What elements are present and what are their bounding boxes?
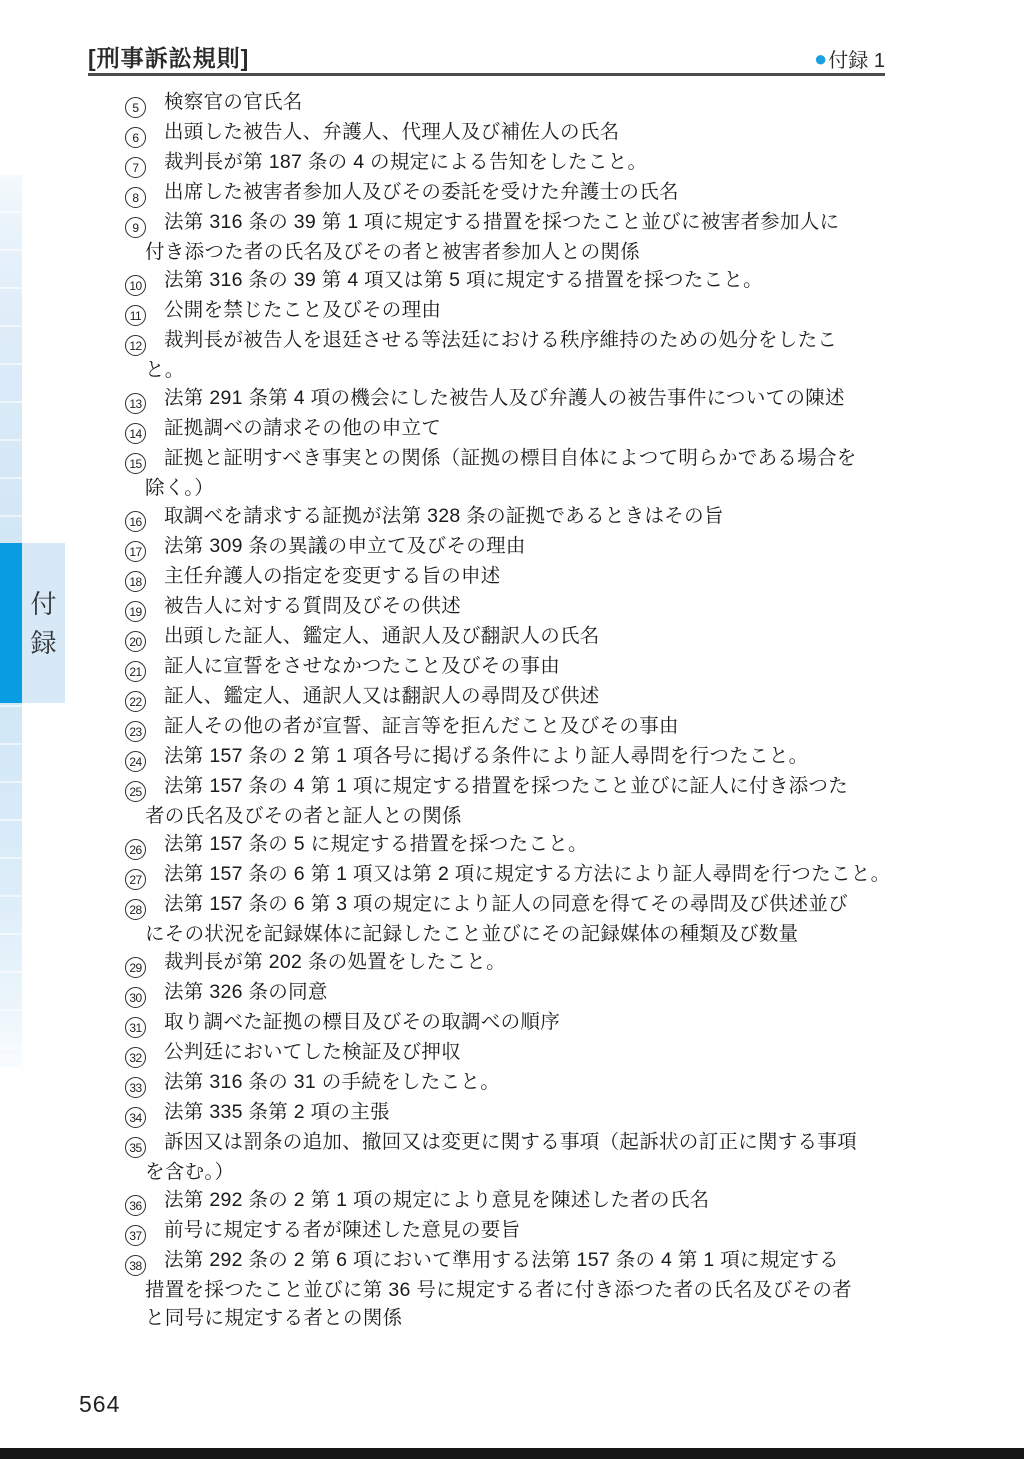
item-number-badge: 37 — [125, 1225, 146, 1246]
list-item-text: 検察官の官氏名 — [164, 91, 303, 113]
appendix-badge-label: 付録 1 — [828, 44, 885, 73]
item-number-badge: 19 — [125, 601, 146, 622]
list-item-text: 裁判長が被告人を退廷させる等法廷における秩序維持のための処分をしたこ と。 — [145, 329, 837, 381]
list-item-text: 法第 316 条の 39 第 4 項又は第 5 項に規定する措置を採つたこと。 — [164, 269, 763, 291]
list-item-text: 出頭した証人、鑑定人、通訳人及び翻訳人の氏名 — [164, 625, 600, 647]
item-number-badge: 38 — [125, 1255, 146, 1276]
item-number-badge: 11 — [125, 305, 146, 326]
item-number-badge: 12 — [125, 335, 146, 356]
item-number-badge: 10 — [125, 275, 146, 296]
list-item-text: 証人に宣誓をさせなかつたこと及びその事由 — [164, 655, 560, 677]
list-item: 9法第 316 条の 39 第 1 項に規定する措置を採つたこと並びに被害者参加… — [145, 208, 977, 266]
list-item: 37前号に規定する者が陳述した意見の要旨 — [145, 1216, 977, 1246]
list-item-text: 法第 157 条の 2 第 1 項各号に掲げる条件により証人尋問を行つたこと。 — [164, 745, 808, 767]
list-item: 11公開を禁じたこと及びその理由 — [145, 296, 977, 326]
list-item: 22証人、鑑定人、通訳人又は翻訳人の尋問及び供述 — [145, 682, 977, 712]
list-item-text: 証人その他の者が宣誓、証言等を拒んだこと及びその事由 — [164, 715, 679, 737]
list-item-text: 出頭した被告人、弁護人、代理人及び補佐人の氏名 — [164, 121, 619, 143]
list-item-text: 前号に規定する者が陳述した意見の要旨 — [164, 1219, 520, 1241]
list-item: 33法第 316 条の 31 の手続をしたこと。 — [145, 1068, 977, 1098]
item-number-badge: 18 — [125, 571, 146, 592]
item-number-badge: 9 — [125, 217, 146, 238]
appendix-side-tab: 付 録 — [22, 543, 65, 703]
numbered-list: 5検察官の官氏名6出頭した被告人、弁護人、代理人及び補佐人の氏名7裁判長が第 1… — [145, 88, 977, 1332]
list-item: 19被告人に対する質問及びその供述 — [145, 592, 977, 622]
list-item: 30法第 326 条の同意 — [145, 978, 977, 1008]
list-item: 27法第 157 条の 6 第 1 項又は第 2 項に規定する方法により証人尋問… — [145, 860, 977, 890]
list-item: 28法第 157 条の 6 第 3 項の規定により証人の同意を得てその尋問及び供… — [145, 890, 977, 948]
list-item-text: 証人、鑑定人、通訳人又は翻訳人の尋問及び供述 — [164, 685, 600, 707]
list-item-text: 証拠と証明すべき事実との関係（証拠の標目自体によつて明らかである場合を 除く。） — [145, 447, 857, 499]
list-item: 26法第 157 条の 5 に規定する措置を採つたこと。 — [145, 830, 977, 860]
list-item-text: 公判廷においてした検証及び押収 — [164, 1041, 461, 1063]
list-item-text: 取調べを請求する証拠が法第 328 条の証拠であるときはその旨 — [164, 505, 724, 527]
item-number-badge: 34 — [125, 1107, 146, 1128]
item-number-badge: 5 — [125, 97, 146, 118]
item-number-badge: 20 — [125, 631, 146, 652]
list-item: 32公判廷においてした検証及び押収 — [145, 1038, 977, 1068]
list-item-text: 法第 157 条の 6 第 3 項の規定により証人の同意を得てその尋問及び供述並… — [145, 893, 848, 945]
list-item: 6出頭した被告人、弁護人、代理人及び補佐人の氏名 — [145, 118, 977, 148]
appendix-tab-char: 録 — [30, 630, 56, 656]
list-item: 15証拠と証明すべき事実との関係（証拠の標目自体によつて明らかである場合を 除く… — [145, 444, 977, 502]
list-item: 14証拠調べの請求その他の申立て — [145, 414, 977, 444]
list-item: 24法第 157 条の 2 第 1 項各号に掲げる条件により証人尋問を行つたこと… — [145, 742, 977, 772]
item-number-badge: 15 — [125, 453, 146, 474]
list-item-text: 裁判長が第 202 条の処置をしたこと。 — [164, 951, 506, 973]
list-item: 18主任弁護人の指定を変更する旨の申述 — [145, 562, 977, 592]
item-number-badge: 26 — [125, 839, 146, 860]
list-item: 21証人に宣誓をさせなかつたこと及びその事由 — [145, 652, 977, 682]
item-number-badge: 8 — [125, 187, 146, 208]
list-item-text: 被告人に対する質問及びその供述 — [164, 595, 461, 617]
item-number-badge: 30 — [125, 987, 146, 1008]
list-item-text: 主任弁護人の指定を変更する旨の申述 — [164, 565, 501, 587]
list-item-text: 出席した被害者参加人及びその委託を受けた弁護士の氏名 — [164, 181, 679, 203]
list-item-text: 取り調べた証拠の標目及びその取調べの順序 — [164, 1011, 560, 1033]
list-item: 29裁判長が第 202 条の処置をしたこと。 — [145, 948, 977, 978]
item-number-badge: 6 — [125, 127, 146, 148]
item-number-badge: 7 — [125, 157, 146, 178]
document-page: 付 録 [刑事訴訟規則] ● 付録 1 5検察官の官氏名6出頭した被告人、弁護人… — [0, 0, 1024, 1459]
item-number-badge: 31 — [125, 1017, 146, 1038]
list-item-text: 証拠調べの請求その他の申立て — [164, 417, 441, 439]
list-item: 13法第 291 条第 4 項の機会にした被告人及び弁護人の被告事件についての陳… — [145, 384, 977, 414]
list-item: 36法第 292 条の 2 第 1 項の規定により意見を陳述した者の氏名 — [145, 1186, 977, 1216]
list-item: 34法第 335 条第 2 項の主張 — [145, 1098, 977, 1128]
item-number-badge: 28 — [125, 899, 146, 920]
appendix-tab-accent — [0, 543, 22, 703]
appendix-badge: ● 付録 1 — [814, 44, 885, 73]
list-item: 10法第 316 条の 39 第 4 項又は第 5 項に規定する措置を採つたこと… — [145, 266, 977, 296]
list-item: 8出席した被害者参加人及びその委託を受けた弁護士の氏名 — [145, 178, 977, 208]
item-number-badge: 29 — [125, 957, 146, 978]
item-number-badge: 13 — [125, 393, 146, 414]
item-number-badge: 22 — [125, 691, 146, 712]
item-number-badge: 16 — [125, 511, 146, 532]
list-item-text: 法第 309 条の異議の申立て及びその理由 — [164, 535, 526, 557]
list-item: 20出頭した証人、鑑定人、通訳人及び翻訳人の氏名 — [145, 622, 977, 652]
list-item: 5検察官の官氏名 — [145, 88, 977, 118]
list-item-text: 法第 326 条の同意 — [164, 981, 328, 1003]
list-item-text: 法第 292 条の 2 第 1 項の規定により意見を陳述した者の氏名 — [164, 1189, 709, 1211]
list-item-text: 裁判長が第 187 条の 4 の規定による告知をしたこと。 — [164, 151, 647, 173]
list-item-text: 法第 335 条第 2 項の主張 — [164, 1101, 390, 1123]
list-item-text: 法第 316 条の 39 第 1 項に規定する措置を採つたこと並びに被害者参加人… — [145, 211, 839, 263]
item-number-badge: 35 — [125, 1137, 146, 1158]
appendix-bullet-icon: ● — [814, 48, 827, 70]
list-item-text: 公開を禁じたこと及びその理由 — [164, 299, 441, 321]
list-item: 25法第 157 条の 4 第 1 項に規定する措置を採つたこと並びに証人に付き… — [145, 772, 977, 830]
item-number-badge: 17 — [125, 541, 146, 562]
item-number-badge: 25 — [125, 781, 146, 802]
item-number-badge: 36 — [125, 1195, 146, 1216]
page-title: [刑事訴訟規則] — [88, 40, 249, 73]
list-item: 12裁判長が被告人を退廷させる等法廷における秩序維持のための処分をしたこ と。 — [145, 326, 977, 384]
list-item-text: 法第 291 条第 4 項の機会にした被告人及び弁護人の被告事件についての陳述 — [164, 387, 845, 409]
list-item-text: 訴因又は罰条の追加、撤回又は変更に関する事項（起訴状の訂正に関する事項 を含む。… — [145, 1131, 857, 1183]
bottom-bar — [0, 1448, 1024, 1459]
item-number-badge: 23 — [125, 721, 146, 742]
list-item: 31取り調べた証拠の標目及びその取調べの順序 — [145, 1008, 977, 1038]
list-item: 16取調べを請求する証拠が法第 328 条の証拠であるときはその旨 — [145, 502, 977, 532]
appendix-tab-char: 付 — [30, 591, 56, 617]
list-item: 38法第 292 条の 2 第 6 項において準用する法第 157 条の 4 第… — [145, 1246, 977, 1332]
item-number-badge: 33 — [125, 1077, 146, 1098]
item-number-badge: 21 — [125, 661, 146, 682]
item-number-badge: 24 — [125, 751, 146, 772]
list-item: 23証人その他の者が宣誓、証言等を拒んだこと及びその事由 — [145, 712, 977, 742]
list-item: 35訴因又は罰条の追加、撤回又は変更に関する事項（起訴状の訂正に関する事項 を含… — [145, 1128, 977, 1186]
header-rule — [88, 73, 885, 76]
list-item: 17法第 309 条の異議の申立て及びその理由 — [145, 532, 977, 562]
list-item: 7裁判長が第 187 条の 4 の規定による告知をしたこと。 — [145, 148, 977, 178]
page-number: 564 — [79, 1391, 120, 1418]
item-number-badge: 32 — [125, 1047, 146, 1068]
list-item-text: 法第 316 条の 31 の手続をしたこと。 — [164, 1071, 500, 1093]
item-number-badge: 27 — [125, 869, 146, 890]
list-item-text: 法第 157 条の 5 に規定する措置を採つたこと。 — [164, 833, 588, 855]
list-item-text: 法第 292 条の 2 第 6 項において準用する法第 157 条の 4 第 1… — [145, 1249, 852, 1329]
list-item-text: 法第 157 条の 4 第 1 項に規定する措置を採つたこと並びに証人に付き添つ… — [145, 775, 848, 827]
item-number-badge: 14 — [125, 423, 146, 444]
list-item-text: 法第 157 条の 6 第 1 項又は第 2 項に規定する方法により証人尋問を行… — [164, 863, 890, 885]
